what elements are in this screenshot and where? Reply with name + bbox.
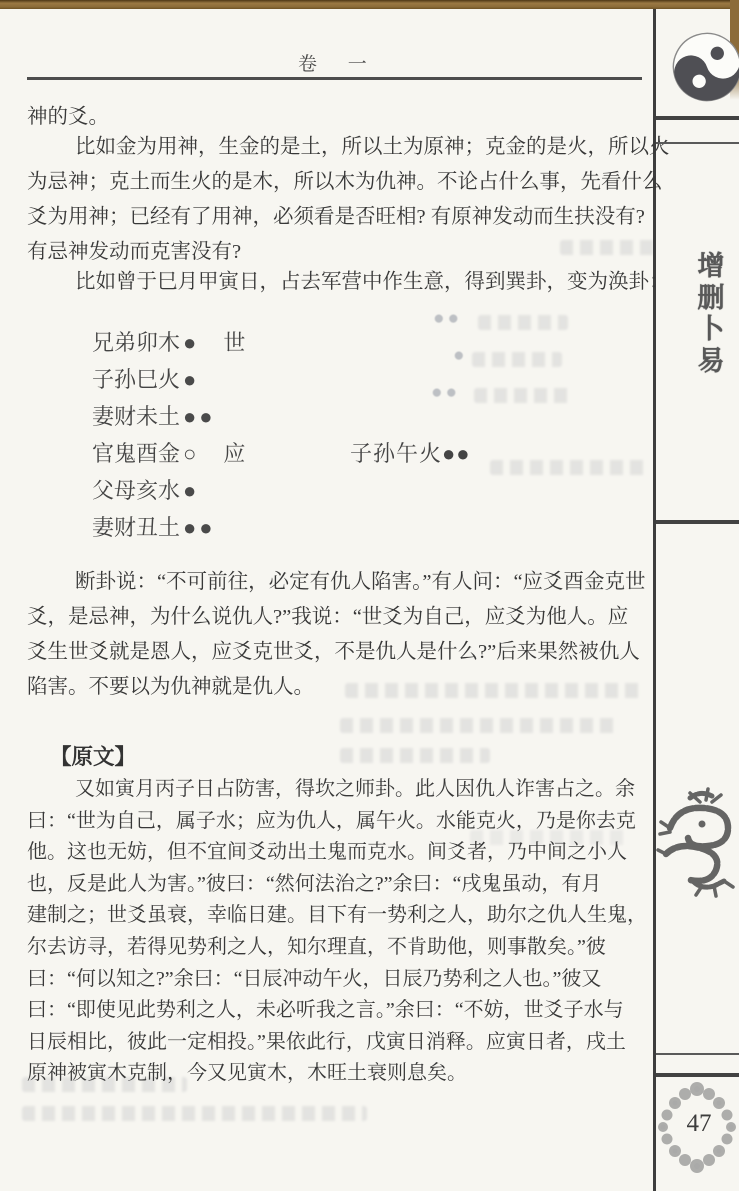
hexagram-row: 父母亥水● bbox=[92, 472, 632, 509]
top-edge-bar bbox=[0, 0, 739, 9]
sidebar-rule bbox=[656, 520, 739, 524]
paragraph-example-intro: 比如曾于巳月甲寅日，占去军营中作生意，得到巽卦，变为涣卦： bbox=[27, 265, 645, 300]
text-line: 陷害。不要以为仇神就是仇人。 bbox=[27, 670, 645, 705]
hexagram-row: 妻财丑土●● bbox=[92, 509, 632, 546]
sidebar-book-title-vertical: 增 删 卜 易 bbox=[694, 251, 728, 377]
hexagram-line-marks: ●● bbox=[183, 404, 216, 429]
text-line: 也，反是此人为害。”彼曰：“然何法治之?”余曰：“戌鬼虽动，有月 bbox=[27, 869, 645, 901]
hexagram-position-label: 世 bbox=[223, 330, 245, 355]
page-number: 47 bbox=[676, 1110, 722, 1138]
section-heading-original-text: 【原文】 bbox=[50, 740, 136, 771]
text-line: 比如曾于巳月甲寅日，占去军营中作生意，得到巽卦，变为涣卦： bbox=[27, 265, 645, 300]
text-line: 爻，是忌神，为什么说仇人?”我说：“世爻为自己，应爻为他人。应 bbox=[27, 600, 645, 635]
hexagram-row: 兄弟卯木●世 bbox=[92, 324, 632, 361]
hexagram-line-marks: ●● bbox=[183, 515, 216, 540]
text-line: 曰：“即使见此势利之人，未必听我之言。”余曰：“不妨，世爻子水与 bbox=[27, 995, 645, 1027]
volume-header: 卷 一 bbox=[298, 49, 380, 76]
paragraph-original-text: 又如寅月丙子日占防害，得坎之师卦。此人因仇人诈害占之。余 曰：“世为自己，属子水… bbox=[27, 774, 645, 1090]
hexagram-line-marks: ● bbox=[183, 330, 199, 355]
text-line: 日辰相比，彼此一定相投。”果依此行，戊寅日消释。应寅日者，戌土 bbox=[27, 1027, 645, 1059]
yin-yang-icon bbox=[672, 32, 739, 102]
sidebar-rule bbox=[656, 1053, 739, 1055]
text-line: 比如金为用神，生金的是土，所以土为原神；克金的是火，所以火 bbox=[27, 130, 645, 165]
bleed-through-line bbox=[22, 1106, 367, 1121]
hexagram-diagram: 兄弟卯木●世 子孙巳火● 妻财未土●● 官鬼酉金○应子孙午火●● 父母亥水● 妻… bbox=[92, 324, 632, 546]
hexagram-position-label: 应 bbox=[223, 441, 245, 466]
hexagram-label: 妻财未土 bbox=[92, 404, 180, 429]
text-line: 他。这也无妨，但不宜间爻动出土鬼而克水。间爻者，乃中间之小人 bbox=[27, 837, 645, 869]
text-line: 建制之；世爻虽衰，幸临日建。目下有一势利之人，助尔之仇人生鬼， bbox=[27, 900, 645, 932]
title-char: 易 bbox=[694, 346, 728, 378]
hexagram-label: 兄弟卯木 bbox=[92, 330, 180, 355]
dragon-icon bbox=[656, 786, 739, 898]
text-line: 曰：“世为自己，属子水；应为仇人，属午火。水能克火，乃是你去克 bbox=[27, 806, 645, 838]
title-char: 删 bbox=[694, 283, 728, 315]
text-line: 为忌神；克土而生火的是木，所以木为仇神。不论占什么事，先看什么 bbox=[27, 165, 645, 200]
text-line: 曰：“何以知之?”余曰：“日辰冲动午火，日辰乃势利之人也。”彼又 bbox=[27, 964, 645, 996]
scanned-book-page: 卷 一 ●● ● ●● 神的爻。 比如金为用神，生金的是土，所以土为原神；克金的… bbox=[0, 0, 739, 1191]
hexagram-row: 官鬼酉金○应子孙午火●● bbox=[92, 435, 632, 472]
hexagram-row: 妻财未土●● bbox=[92, 398, 632, 435]
text-line: 原神被寅木克制，今又见寅木，木旺土衰则息矣。 bbox=[27, 1058, 645, 1090]
hexagram-label: 官鬼酉金 bbox=[92, 441, 180, 466]
text-line: 爻为用神；已经有了用神，必须看是否旺相? 有原神发动而生扶没有? bbox=[27, 200, 645, 235]
hexagram-row: 子孙巳火● bbox=[92, 361, 632, 398]
hexagram-label: 子孙巳火 bbox=[92, 367, 180, 392]
sidebar-rule bbox=[656, 116, 739, 120]
hexagram-line-marks: ○ bbox=[183, 441, 199, 466]
text-line: 尔去访寻，若得见势利之人，知尔理直，不肯助他，则事散矣。”彼 bbox=[27, 932, 645, 964]
hexagram-label: 妻财丑土 bbox=[92, 515, 180, 540]
title-char: 增 bbox=[694, 251, 728, 283]
text-line: 又如寅月丙子日占防害，得坎之师卦。此人因仇人诈害占之。余 bbox=[27, 774, 645, 806]
bleed-through-line bbox=[340, 718, 620, 733]
paragraph-yongshen: 比如金为用神，生金的是土，所以土为原神；克金的是火，所以火 为忌神；克土而生火的… bbox=[27, 130, 645, 270]
bleed-through-line bbox=[340, 748, 490, 763]
sidebar-rule bbox=[656, 142, 739, 144]
hexagram-line-marks: ● bbox=[183, 478, 199, 503]
hexagram-label: 父母亥水 bbox=[92, 478, 180, 503]
text-line: 爻生世爻就是恩人，应爻克世爻，不是仇人是什么?”后来果然被仇人 bbox=[27, 635, 645, 670]
hexagram-changed-line-label: 子孙午火●● bbox=[350, 435, 471, 472]
paragraph-judgement: 断卦说：“不可前往，必定有仇人陷害。”有人问：“应爻酉金克世 爻，是忌神，为什么… bbox=[27, 565, 645, 705]
text-line: 断卦说：“不可前往，必定有仇人陷害。”有人问：“应爻酉金克世 bbox=[27, 565, 645, 600]
hexagram-line-marks: ● bbox=[183, 367, 199, 392]
title-char: 卜 bbox=[694, 314, 728, 346]
sidebar-rule bbox=[656, 1073, 739, 1077]
header-rule bbox=[27, 77, 642, 80]
